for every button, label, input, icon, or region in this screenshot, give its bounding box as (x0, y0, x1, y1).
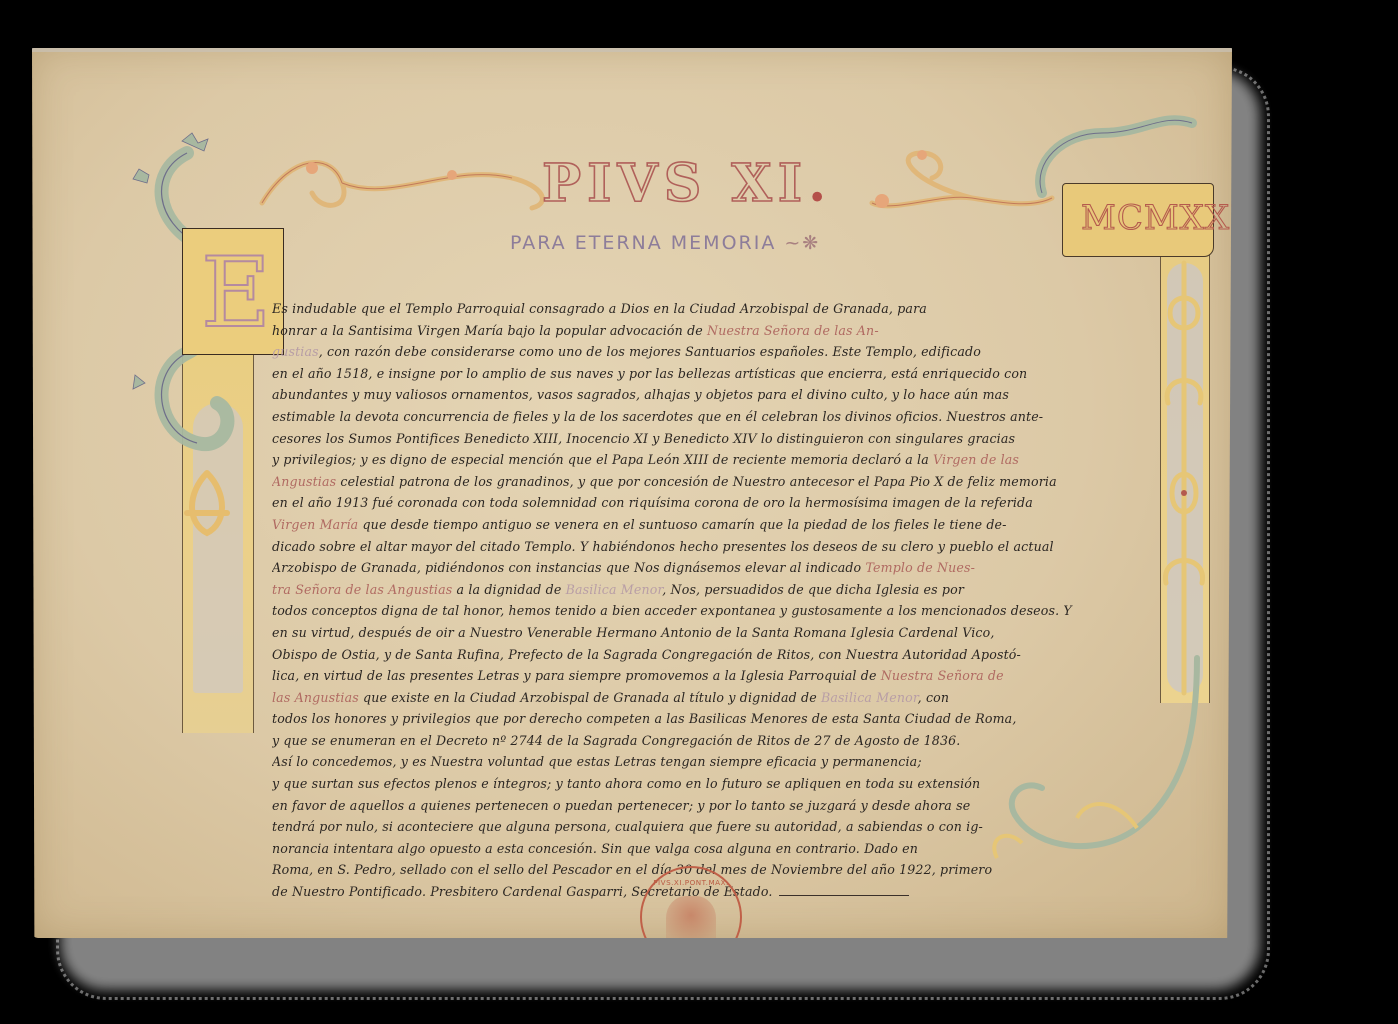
body-text-run: todos conceptos digna de tal honor, hemo… (272, 603, 1072, 618)
rubric-text: Basilica Menor (821, 690, 918, 705)
body-text-run: abundantes y muy valiosos ornamentos, va… (272, 387, 1009, 402)
text-line: honrar a la Santisima Virgen María bajo … (272, 320, 1162, 342)
rubric-text: Virgen de las (933, 452, 1019, 467)
body-text-run: , con (918, 690, 950, 705)
body-text-run: a la dignidad de (452, 582, 565, 597)
rubric-text: tra Señora de las Angustias (272, 582, 452, 597)
rubric-text: las Angustias (272, 690, 359, 705)
initial-letter-E-icon: E (201, 237, 271, 349)
text-line: en el año 1518, e insigne por lo amplio … (272, 363, 1162, 385)
body-text-run: y que surtan sus efectos plenos e íntegr… (272, 776, 980, 791)
body-text-run: dicado sobre el altar mayor del citado T… (272, 539, 1054, 554)
rubric-text: gustias (272, 344, 319, 359)
text-line: tra Señora de las Angustias a la dignida… (272, 579, 1162, 601)
body-text-run: que desde tiempo antiguo se venera en el… (358, 517, 1006, 532)
text-line: tendrá por nulo, si aconteciere que algu… (272, 816, 1162, 838)
body-text-run: estimable la devota concurrencia de fiel… (272, 409, 1043, 424)
text-line: abundantes y muy valiosos ornamentos, va… (272, 384, 1162, 406)
text-line: dicado sobre el altar mayor del citado T… (272, 536, 1162, 558)
text-line: cesores los Sumos Pontifices Benedicto X… (272, 428, 1162, 450)
body-text-run: que existe en la Ciudad Arzobispal de Gr… (359, 690, 821, 705)
body-text-run: y privilegios; y es digno de especial me… (272, 452, 933, 467)
rubric-text: Nuestra Señora de las An- (707, 323, 879, 338)
body-text-run: Es indudable que el Templo Parroquial co… (272, 301, 927, 316)
rubric-text: Angustias (272, 474, 336, 489)
body-text-run: en el año 1913 fué coronada con toda sol… (272, 495, 1033, 510)
parchment-document: E PIVS XI. PARA ETERNA MEMORIA ~❋ MCMXXI… (32, 48, 1232, 938)
body-text-run: , Nos, persuadidos de que dicha Iglesia … (662, 582, 964, 597)
text-line: Así lo concedemos, y es Nuestra voluntad… (272, 751, 1162, 773)
body-text-run: cesores los Sumos Pontifices Benedicto X… (272, 431, 1015, 446)
body-text-run: en favor de aquellos a quienes pertenece… (272, 798, 970, 813)
text-line: todos los honores y privilegios que por … (272, 708, 1162, 730)
text-line: en su virtud, después de oir a Nuestro V… (272, 622, 1162, 644)
body-text-run: tendrá por nulo, si aconteciere que algu… (272, 819, 983, 834)
rubric-text: Virgen María (272, 517, 358, 532)
text-line: en el año 1913 fué coronada con toda sol… (272, 492, 1162, 514)
body-text-run: norancia intentara algo opuesto a esta c… (272, 841, 918, 856)
body-text-run: en su virtud, después de oir a Nuestro V… (272, 625, 995, 640)
text-line: Arzobispo de Granada, pidiéndonos con in… (272, 557, 1162, 579)
brief-body-text: Es indudable que el Templo Parroquial co… (272, 298, 1162, 903)
text-line: estimable la devota concurrencia de fiel… (272, 406, 1162, 428)
foliate-scroll-icon (252, 143, 572, 223)
body-text-run: y que se enumeran en el Decreto nº 2744 … (272, 733, 960, 748)
body-text-run: Obispo de Ostia, y de Santa Rufina, Pref… (272, 647, 1021, 662)
seal-inscription: PIVS.XI.PONT.MAX. (650, 878, 732, 887)
signature-line (779, 895, 909, 896)
text-line: lica, en virtud de las presentes Letras … (272, 665, 1162, 687)
text-line: y que surtan sus efectos plenos e íntegr… (272, 773, 1162, 795)
text-line: gustias, con razón debe considerarse com… (272, 341, 1162, 363)
text-line: las Angustias que existe en la Ciudad Ar… (272, 687, 1162, 709)
rubric-text: Nuestra Señora de (881, 668, 1004, 683)
year-plaque: MCMXXII (1062, 183, 1214, 257)
rubric-text: Templo de Nues- (865, 560, 975, 575)
body-text-run: honrar a la Santisima Virgen María bajo … (272, 323, 707, 338)
body-text-run: , con razón debe considerarse como uno d… (319, 344, 981, 359)
document-subtitle: PARA ETERNA MEMORIA ~❋ (510, 232, 820, 254)
text-line: norancia intentara algo opuesto a esta c… (272, 838, 1162, 860)
body-text-run: todos los honores y privilegios que por … (272, 711, 1017, 726)
text-line: y que se enumeran en el Decreto nº 2744 … (272, 730, 1162, 752)
rubric-text: Basilica Menor (566, 582, 663, 597)
text-line: en favor de aquellos a quienes pertenece… (272, 795, 1162, 817)
body-text-run: Así lo concedemos, y es Nuestra voluntad… (272, 754, 922, 769)
body-text-run: en el año 1518, e insigne por lo amplio … (272, 366, 1027, 381)
body-text-run: Arzobispo de Granada, pidiéndonos con in… (272, 560, 865, 575)
document-title: PIVS XI. (542, 153, 832, 214)
body-text-run: lica, en virtud de las presentes Letras … (272, 668, 881, 683)
text-line: y privilegios; y es digno de especial me… (272, 449, 1162, 471)
text-line: Angustias celestial patrona de los grana… (272, 471, 1162, 493)
body-text-run: celestial patrona de los granadinos, y q… (336, 474, 1056, 489)
grotesque-ornament-icon (1160, 253, 1208, 703)
body-text-run: Roma, en S. Pedro, sellado con el sello … (272, 862, 992, 877)
text-line: Es indudable que el Templo Parroquial co… (272, 298, 1162, 320)
text-line: Obispo de Ostia, y de Santa Rufina, Pref… (272, 644, 1162, 666)
text-line: Virgen María que desde tiempo antiguo se… (272, 514, 1162, 536)
illuminated-initial: E (182, 228, 284, 355)
text-line: todos conceptos digna de tal honor, hemo… (272, 600, 1162, 622)
